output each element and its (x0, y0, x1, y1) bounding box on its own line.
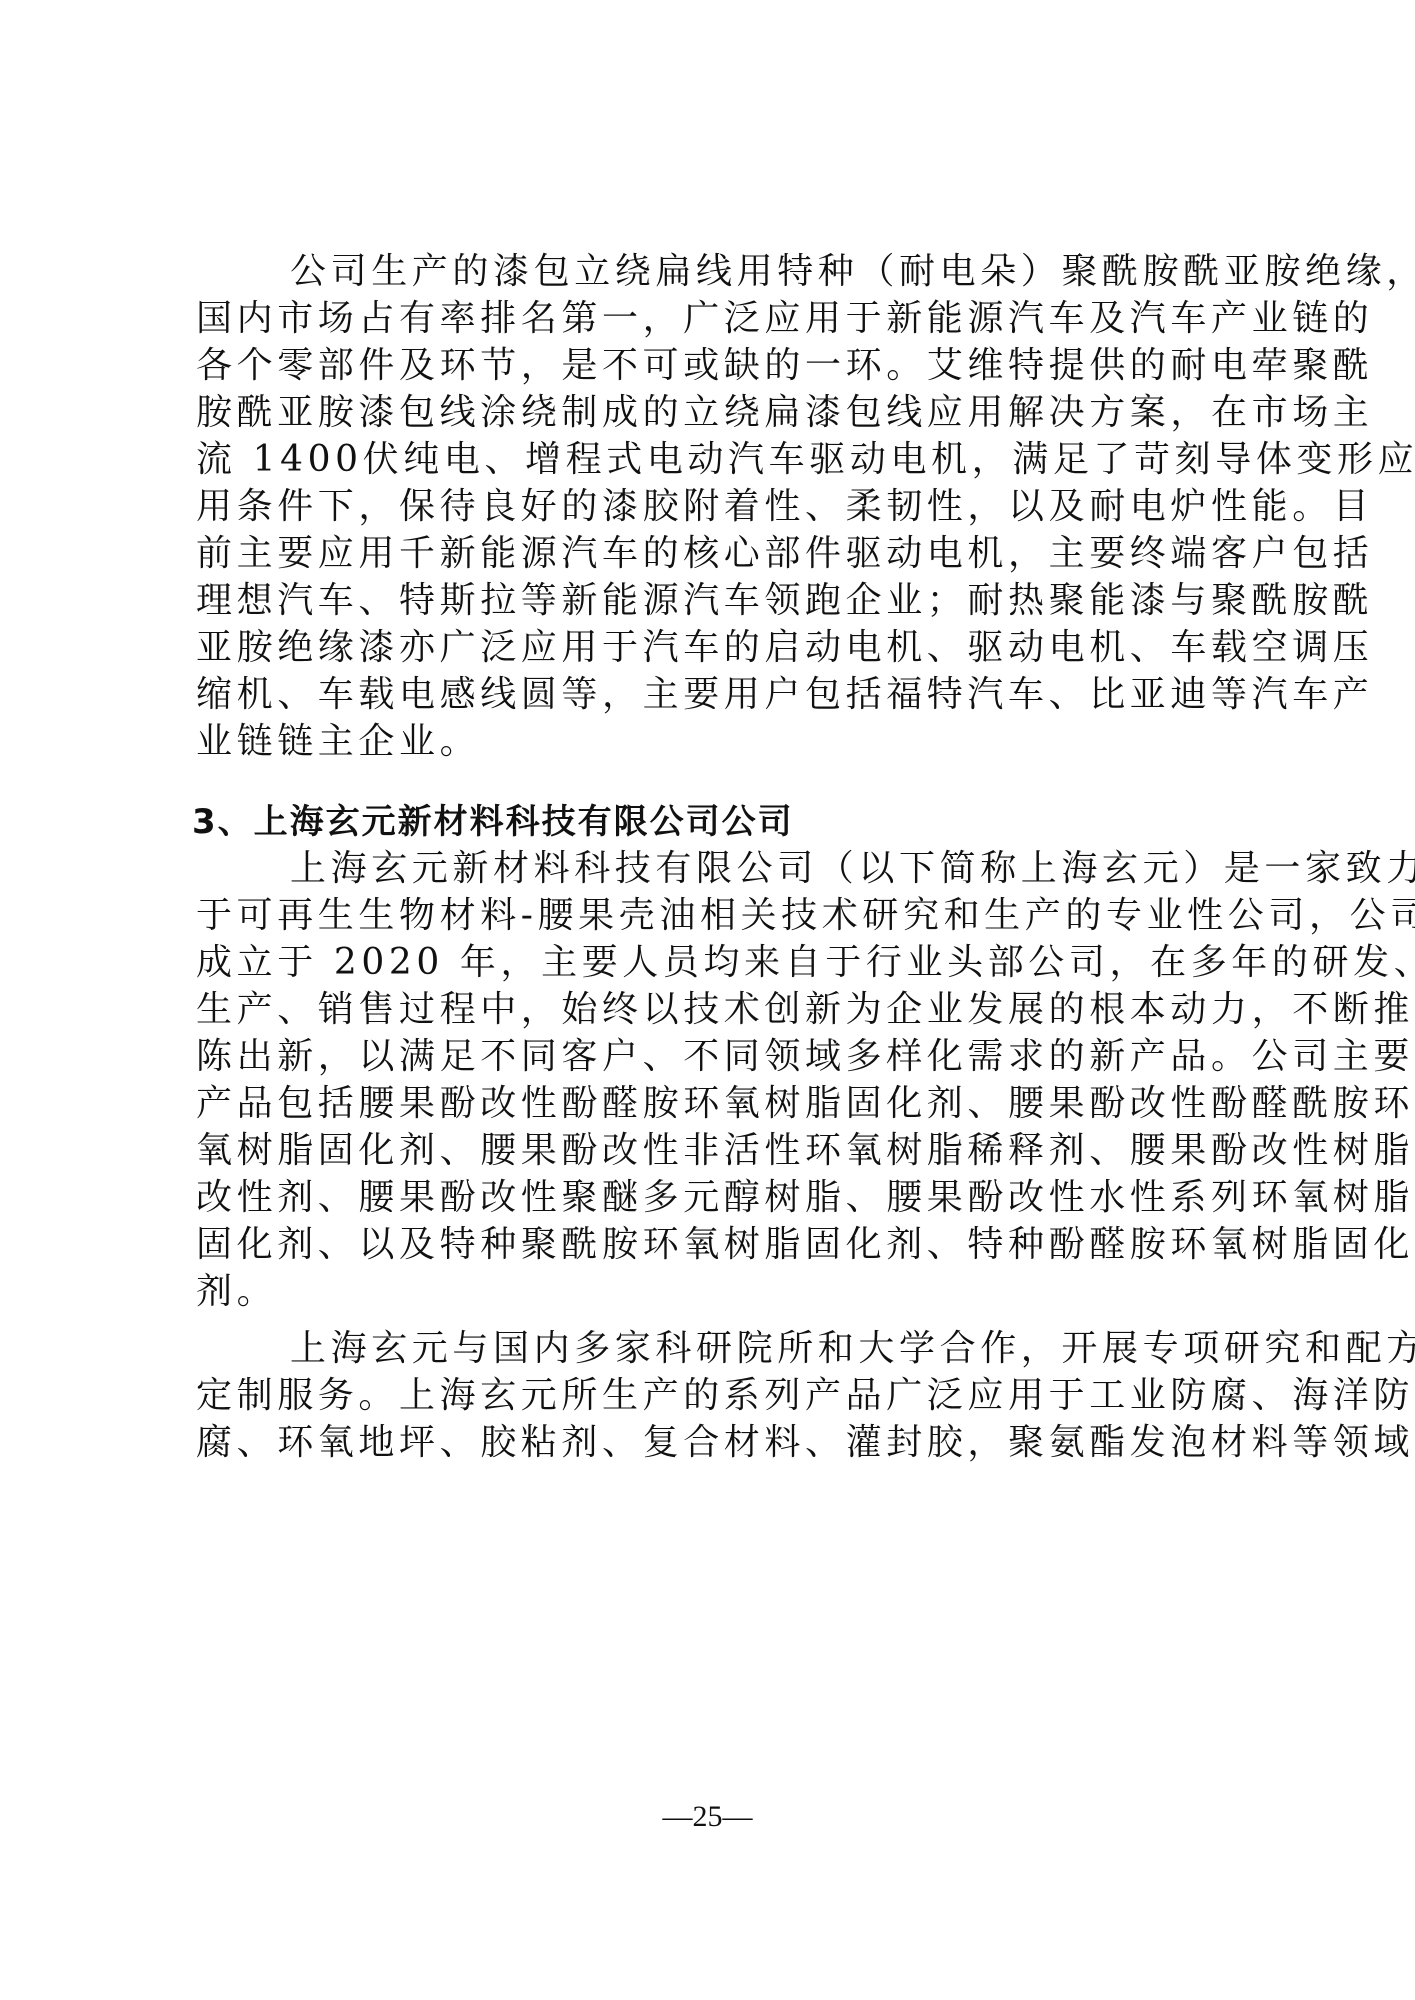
text-line: 国内市场占有率排名第一，广泛应用于新能源汽车及汽车产业链的 (196, 295, 1238, 343)
section-heading: 3、上海玄元新材料科技有限公司公司 (192, 798, 794, 846)
page-number: —25— (0, 1800, 1415, 1834)
text-line: 上海玄元与国内多家科研院所和大学合作，开展专项研究和配方 (290, 1325, 1238, 1373)
text-line: 业链链主企业。 (196, 718, 1238, 766)
text-line: 流 1400伏纯电、增程式电动汽车驱动电机，满足了苛刻导体变形应 (196, 436, 1238, 484)
text-line: 氧树脂固化剂、腰果酚改性非活性环氧树脂稀释剂、腰果酚改性树脂 (196, 1127, 1238, 1175)
text-line: 产品包括腰果酚改性酚醛胺环氧树脂固化剂、腰果酚改性酚醛酰胺环 (196, 1080, 1238, 1128)
text-line: 固化剂、以及特种聚酰胺环氧树脂固化剂、特种酚醛胺环氧树脂固化 (196, 1221, 1238, 1269)
text-line: 生产、销售过程中，始终以技术创新为企业发展的根本动力，不断推 (196, 986, 1238, 1034)
text-line: 理想汽车、特斯拉等新能源汽车领跑企业；耐热聚能漆与聚酰胺酰 (196, 577, 1238, 625)
text-line: 前主要应用千新能源汽车的核心部件驱动电机，主要终端客户包括 (196, 530, 1238, 578)
document-page: 公司生产的漆包立绕扁线用特种（耐电朵）聚酰胺酰亚胺绝缘， 国内市场占有率排名第一… (0, 0, 1415, 2000)
text-line: 成立于 2020 年，主要人员均来自于行业头部公司，在多年的研发、 (196, 939, 1238, 987)
text-line: 胺酰亚胺漆包线涂绕制成的立绕扁漆包线应用解决方案，在市场主 (196, 389, 1238, 437)
text-line: 上海玄元新材料科技有限公司（以下简称上海玄元）是一家致力 (290, 845, 1238, 893)
text-line: 定制服务。上海玄元所生产的系列产品广泛应用于工业防腐、海洋防 (196, 1372, 1238, 1420)
text-line: 剂。 (196, 1268, 1238, 1316)
text-line: 缩机、车载电感线圆等，主要用户包括福特汽车、比亚迪等汽车产 (196, 671, 1238, 719)
text-line: 改性剂、腰果酚改性聚醚多元醇树脂、腰果酚改性水性系列环氧树脂 (196, 1174, 1238, 1222)
text-line: 腐、环氧地坪、胶粘剂、复合材料、灌封胶，聚氨酯发泡材料等领域。 (196, 1419, 1238, 1467)
text-line: 亚胺绝缘漆亦广泛应用于汽车的启动电机、驱动电机、车载空调压 (196, 624, 1238, 672)
text-line: 公司生产的漆包立绕扁线用特种（耐电朵）聚酰胺酰亚胺绝缘， (290, 248, 1238, 296)
text-line: 用条件下，保待良好的漆胶附着性、柔韧性，以及耐电炉性能。目 (196, 483, 1238, 531)
text-line: 各个零部件及环节，是不可或缺的一环。艾维特提供的耐电荦聚酰 (196, 342, 1238, 390)
text-line: 于可再生生物材料-腰果壳油相关技术研究和生产的专业性公司，公司 (196, 892, 1238, 940)
text-line: 陈出新，以满足不同客户、不同领域多样化需求的新产品。公司主要 (196, 1033, 1238, 1081)
